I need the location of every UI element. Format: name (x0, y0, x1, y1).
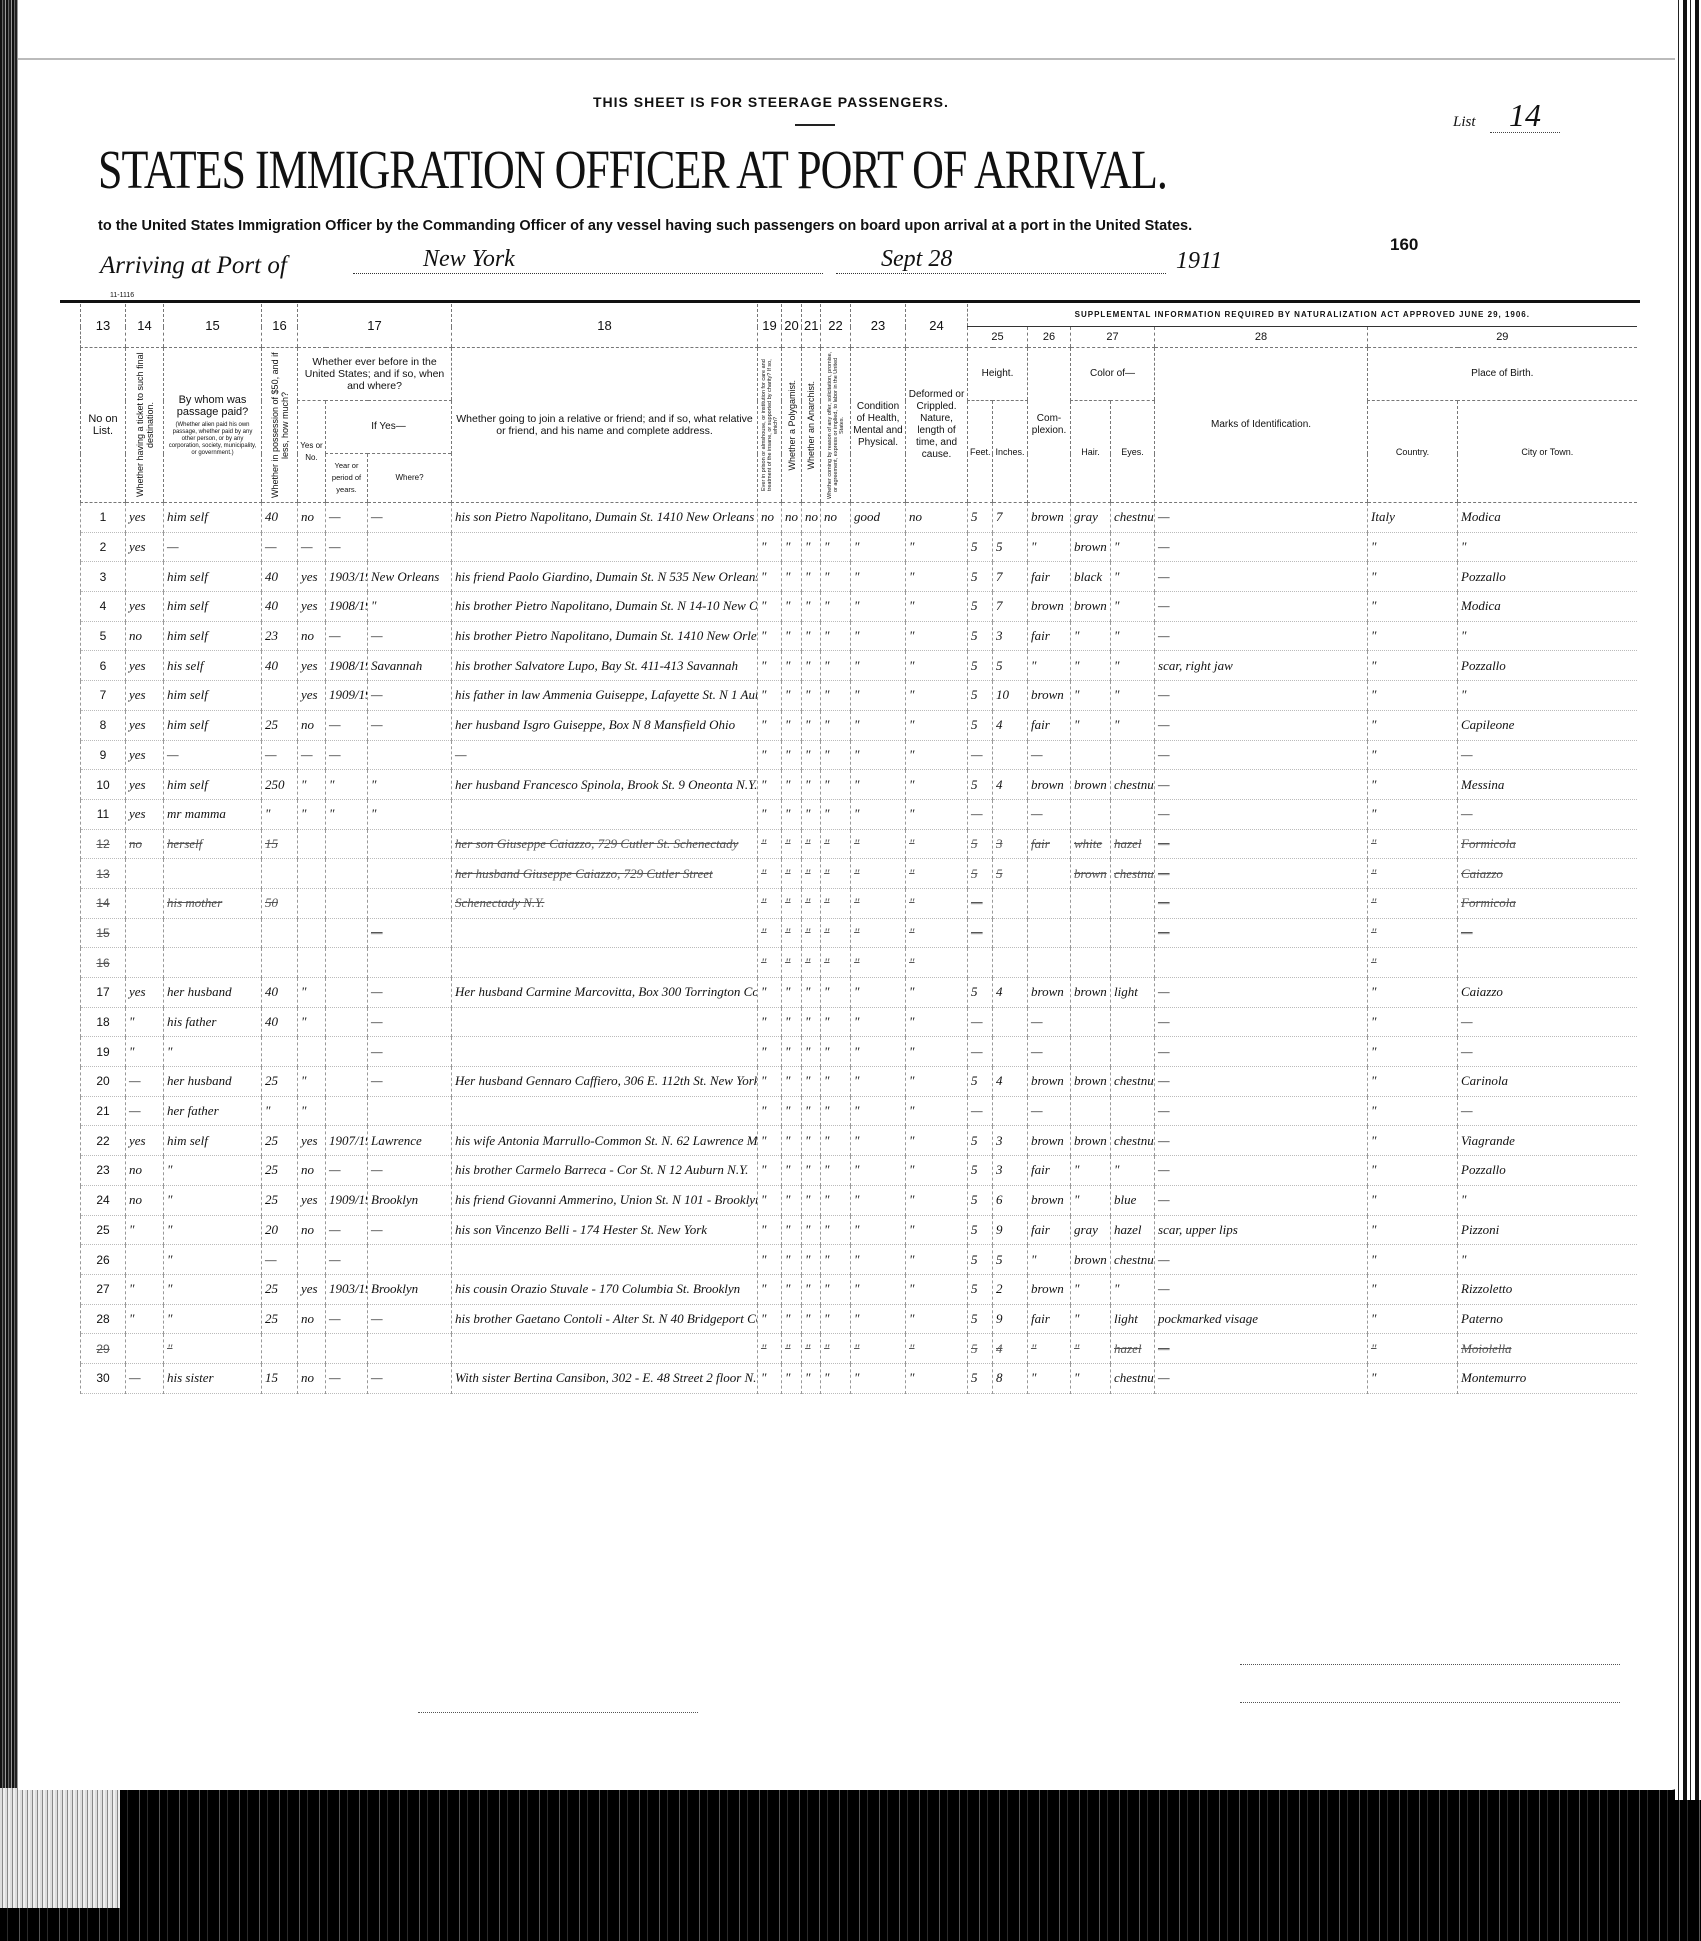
table-row: 21—her father""""""""———"— (81, 1096, 1637, 1126)
hair-color-cell: brown (1071, 770, 1111, 800)
health-cell: " (851, 532, 906, 562)
deformed-cell: " (906, 1304, 968, 1334)
passage-paid-cell: — (164, 740, 262, 770)
health-cell: " (851, 1007, 906, 1037)
before-us-cell: " (298, 799, 326, 829)
header-rule (60, 300, 1640, 303)
marks-cell: — (1155, 1363, 1368, 1393)
prison-cell: " (758, 592, 782, 622)
labor-cell: " (821, 740, 851, 770)
year-cell: 1903/1911 (326, 562, 368, 592)
col-height: Height. (968, 348, 1028, 401)
ticket-cell: yes (126, 532, 164, 562)
height-feet-cell: — (968, 1096, 993, 1126)
height-inches-cell: 10 (993, 681, 1028, 711)
ticket-cell: " (126, 1215, 164, 1245)
money-cell: 40 (262, 1007, 298, 1037)
health-cell: " (851, 710, 906, 740)
height-feet-cell: 5 (968, 1126, 993, 1156)
height-feet-cell: 5 (968, 770, 993, 800)
health-cell: " (851, 1363, 906, 1393)
before-us-cell: no (298, 621, 326, 651)
col-no-on-list: No on List. (81, 348, 126, 503)
prison-cell: " (758, 918, 782, 948)
year-cell: — (326, 532, 368, 562)
where-cell: — (368, 681, 452, 711)
labor-cell: " (821, 948, 851, 978)
year-cell: 1908/1911 (326, 651, 368, 681)
year-cell (326, 918, 368, 948)
ticket-cell (126, 1245, 164, 1275)
health-cell: " (851, 1274, 906, 1304)
col-where: Where? (368, 454, 452, 503)
year-cell: 1907/1911 (326, 1126, 368, 1156)
where-cell: — (368, 1363, 452, 1393)
money-cell: " (262, 799, 298, 829)
money-cell: 40 (262, 592, 298, 622)
ticket-cell: yes (126, 651, 164, 681)
table-row: 1yeshim self40no——his son Pietro Napolit… (81, 503, 1637, 533)
complexion-cell: brown (1028, 592, 1071, 622)
table-row: 27""25yes1903/1907Brooklynhis cousin Ora… (81, 1274, 1637, 1304)
hair-color-cell: " (1071, 1185, 1111, 1215)
money-cell: 23 (262, 621, 298, 651)
col-ticket-label: Whether having a ticket to such final de… (135, 350, 155, 500)
row-number: 23 (81, 1156, 126, 1186)
polygamist-cell: " (782, 710, 802, 740)
marks-cell: — (1155, 681, 1368, 711)
row-number: 2 (81, 532, 126, 562)
col-anarchist-label: Whether an Anarchist. (806, 381, 816, 470)
complexion-cell: fair (1028, 1215, 1071, 1245)
eye-color-cell: chestnut (1111, 1363, 1155, 1393)
complexion-cell (1028, 948, 1071, 978)
complexion-cell: " (1028, 532, 1071, 562)
row-number: 14 (81, 888, 126, 918)
prison-cell: " (758, 1156, 782, 1186)
passage-paid-cell (164, 859, 262, 889)
hair-color-cell: " (1071, 1156, 1111, 1186)
row-number: 13 (81, 859, 126, 889)
table-row: 29"""""""54""hazel—"Moiolella (81, 1334, 1637, 1364)
labor-cell: " (821, 1096, 851, 1126)
marks-cell: — (1155, 1334, 1368, 1364)
health-cell: " (851, 1334, 906, 1364)
health-cell: " (851, 621, 906, 651)
joining-cell: Her husband Gennaro Caffiero, 306 E. 112… (452, 1067, 758, 1097)
table-row: 7yeshim selfyes1909/1911—his father in l… (81, 681, 1637, 711)
passage-paid-cell: him self (164, 592, 262, 622)
year-cell (326, 888, 368, 918)
prison-cell: " (758, 1334, 782, 1364)
eye-color-cell (1111, 948, 1155, 978)
ticket-cell: " (126, 1304, 164, 1334)
city-cell: — (1458, 740, 1637, 770)
prison-cell: " (758, 651, 782, 681)
polygamist-cell: " (782, 651, 802, 681)
height-feet-cell: 5 (968, 592, 993, 622)
col-feet: Feet. (968, 401, 993, 503)
prison-cell: " (758, 681, 782, 711)
where-cell: — (368, 1156, 452, 1186)
health-cell: " (851, 1304, 906, 1334)
anarchist-cell: " (802, 829, 821, 859)
year-cell (326, 978, 368, 1008)
complexion-cell: fair (1028, 829, 1071, 859)
list-label: List (1453, 114, 1476, 131)
anarchist-cell: " (802, 859, 821, 889)
year-cell (326, 1334, 368, 1364)
country-cell: " (1368, 681, 1458, 711)
year-cell: — (326, 710, 368, 740)
hair-color-cell: brown (1071, 1245, 1111, 1275)
height-inches-cell: 3 (993, 1126, 1028, 1156)
before-us-cell: no (298, 1304, 326, 1334)
money-cell: 15 (262, 1363, 298, 1393)
anarchist-cell: " (802, 621, 821, 651)
where-cell: " (368, 799, 452, 829)
height-inches-cell: 2 (993, 1274, 1028, 1304)
health-cell: " (851, 1037, 906, 1067)
hair-color-cell (1071, 1037, 1111, 1067)
health-cell: " (851, 1067, 906, 1097)
labor-cell: " (821, 592, 851, 622)
table-row: 16""""""" (81, 948, 1637, 978)
joining-cell: her husband Isgro Guiseppe, Box N 8 Mans… (452, 710, 758, 740)
prison-cell: no (758, 503, 782, 533)
anarchist-cell: " (802, 532, 821, 562)
money-cell: 50 (262, 888, 298, 918)
before-us-cell (298, 918, 326, 948)
city-cell: " (1458, 532, 1637, 562)
table-row: 3him self40yes1903/1911New Orleanshis fr… (81, 562, 1637, 592)
health-cell: " (851, 948, 906, 978)
prison-cell: " (758, 740, 782, 770)
joining-cell (452, 1334, 758, 1364)
marks-cell: — (1155, 532, 1368, 562)
passage-paid-cell: her husband (164, 978, 262, 1008)
deformed-cell: " (906, 1334, 968, 1364)
passage-paid-cell: her husband (164, 1067, 262, 1097)
hair-color-cell: " (1071, 1334, 1111, 1364)
marks-cell: — (1155, 859, 1368, 889)
deformed-cell: no (906, 503, 968, 533)
money-cell (262, 948, 298, 978)
col-joining: Whether going to join a relative or frie… (452, 348, 758, 503)
height-inches-cell: 5 (993, 532, 1028, 562)
anarchist-cell: " (802, 710, 821, 740)
year-cell: 1908/1911 (326, 592, 368, 622)
scan-edge-corner (0, 1788, 120, 1908)
money-cell: 25 (262, 1067, 298, 1097)
deformed-cell: " (906, 562, 968, 592)
polygamist-cell: " (782, 1185, 802, 1215)
passage-paid-cell: her father (164, 1096, 262, 1126)
labor-cell: " (821, 770, 851, 800)
col-country: Country. (1368, 401, 1458, 503)
height-inches-cell: 4 (993, 978, 1028, 1008)
year-cell: " (326, 799, 368, 829)
where-cell: Brooklyn (368, 1274, 452, 1304)
passage-paid-cell: his father (164, 1007, 262, 1037)
country-cell: " (1368, 918, 1458, 948)
country-cell: " (1368, 1304, 1458, 1334)
col-num-23: 23 (851, 304, 906, 348)
before-us-cell: no (298, 1215, 326, 1245)
table-row: 23no"25no——his brother Carmelo Barreca -… (81, 1156, 1637, 1186)
health-cell: good (851, 503, 906, 533)
city-cell: Pozzallo (1458, 651, 1637, 681)
money-cell: 25 (262, 1304, 298, 1334)
health-cell: " (851, 1096, 906, 1126)
deformed-cell: " (906, 1215, 968, 1245)
deformed-cell: " (906, 948, 968, 978)
anarchist-cell: " (802, 681, 821, 711)
eye-color-cell (1111, 1007, 1155, 1037)
country-cell: Italy (1368, 503, 1458, 533)
table-row: 17yesher husband40"—Her husband Carmine … (81, 978, 1637, 1008)
joining-cell: his cousin Orazio Stuvale - 170 Columbia… (452, 1274, 758, 1304)
table-row: 25""20no——his son Vincenzo Belli - 174 H… (81, 1215, 1637, 1245)
eye-color-cell: " (1111, 651, 1155, 681)
height-inches-cell: 4 (993, 1334, 1028, 1364)
joining-cell: — (452, 740, 758, 770)
passage-paid-cell: " (164, 1274, 262, 1304)
eye-color-cell: " (1111, 710, 1155, 740)
passage-paid-cell: " (164, 1215, 262, 1245)
col-complexion: Com-plexion. (1028, 348, 1071, 503)
joining-cell: With sister Bertina Cansibon, 302 - E. 4… (452, 1363, 758, 1393)
col-city: City or Town. (1458, 401, 1637, 503)
hair-color-cell: " (1071, 1363, 1111, 1393)
anarchist-cell: " (802, 562, 821, 592)
polygamist-cell: " (782, 592, 802, 622)
city-cell: — (1458, 1007, 1637, 1037)
prison-cell: " (758, 978, 782, 1008)
anarchist-cell: " (802, 1185, 821, 1215)
stamp-number: 160 (1390, 235, 1418, 255)
height-feet-cell: 5 (968, 710, 993, 740)
eye-color-cell: light (1111, 1304, 1155, 1334)
before-us-cell: no (298, 710, 326, 740)
ticket-cell: — (126, 1363, 164, 1393)
height-feet-cell: 5 (968, 1156, 993, 1186)
year-cell: — (326, 621, 368, 651)
table-row: 5nohim self23no——his brother Pietro Napo… (81, 621, 1637, 651)
complexion-cell: brown (1028, 503, 1071, 533)
col-passage-label: By whom was passage paid? (166, 394, 259, 418)
anarchist-cell: " (802, 1007, 821, 1037)
deformed-cell: " (906, 829, 968, 859)
row-number: 17 (81, 978, 126, 1008)
deformed-cell: " (906, 592, 968, 622)
marks-cell: — (1155, 770, 1368, 800)
money-cell: 25 (262, 1156, 298, 1186)
complexion-cell (1028, 918, 1071, 948)
complexion-cell: — (1028, 1007, 1071, 1037)
hair-color-cell: brown (1071, 1126, 1111, 1156)
row-number: 3 (81, 562, 126, 592)
height-inches-cell (993, 918, 1028, 948)
country-cell: " (1368, 1274, 1458, 1304)
col-inches: Inches. (993, 401, 1028, 503)
labor-cell: " (821, 1304, 851, 1334)
money-cell: 250 (262, 770, 298, 800)
complexion-cell: fair (1028, 562, 1071, 592)
city-cell: Rizzoletto (1458, 1274, 1637, 1304)
health-cell: " (851, 829, 906, 859)
polygamist-cell: " (782, 888, 802, 918)
labor-cell: " (821, 799, 851, 829)
height-inches-cell: 7 (993, 592, 1028, 622)
marks-cell: — (1155, 1067, 1368, 1097)
city-cell: Pizzoni (1458, 1215, 1637, 1245)
before-us-cell: yes (298, 651, 326, 681)
hair-color-cell: brown (1071, 592, 1111, 622)
height-inches-cell (993, 948, 1028, 978)
table-row: 24no"25yes1909/1911Brooklynhis friend Gi… (81, 1185, 1637, 1215)
money-cell: 40 (262, 651, 298, 681)
prison-cell: " (758, 829, 782, 859)
col-money: Whether in possession of $50, and if les… (262, 348, 298, 503)
country-cell: " (1368, 1007, 1458, 1037)
deformed-cell: " (906, 1067, 968, 1097)
money-cell (262, 681, 298, 711)
money-cell (262, 859, 298, 889)
health-cell: " (851, 740, 906, 770)
col-before-us: Whether ever before in the United States… (298, 348, 452, 401)
height-feet-cell: 5 (968, 651, 993, 681)
row-number: 26 (81, 1245, 126, 1275)
footer-rule (418, 1712, 698, 1713)
height-inches-cell: 9 (993, 1215, 1028, 1245)
eye-color-cell: hazel (1111, 829, 1155, 859)
marks-cell: — (1155, 562, 1368, 592)
hair-color-cell: " (1071, 710, 1111, 740)
col-labor: Whether coming by reason of any offer, s… (821, 348, 851, 503)
anarchist-cell: " (802, 1363, 821, 1393)
where-cell (368, 888, 452, 918)
polygamist-cell: " (782, 621, 802, 651)
table-row: 28""25no——his brother Gaetano Contoli - … (81, 1304, 1637, 1334)
col-num-19: 19 (758, 304, 782, 348)
eye-color-cell (1111, 799, 1155, 829)
steerage-notice: THIS SHEET IS FOR STEERAGE PASSENGERS. (593, 94, 949, 110)
prison-cell: " (758, 1215, 782, 1245)
table-row: 6yeshis self40yes1908/1911Savannahhis br… (81, 651, 1637, 681)
row-number: 5 (81, 621, 126, 651)
money-cell: 40 (262, 978, 298, 1008)
year-cell: — (326, 1156, 368, 1186)
where-cell: New Orleans (368, 562, 452, 592)
hair-color-cell (1071, 799, 1111, 829)
eye-color-cell: chestnut (1111, 503, 1155, 533)
anarchist-cell: " (802, 978, 821, 1008)
table-row: 18"his father40"—""""""———"— (81, 1007, 1637, 1037)
passage-paid-cell: him self (164, 503, 262, 533)
hair-color-cell: white (1071, 829, 1111, 859)
col-num-27: 27 (1071, 327, 1155, 348)
complexion-cell: " (1028, 651, 1071, 681)
deformed-cell: " (906, 1037, 968, 1067)
anarchist-cell: " (802, 1037, 821, 1067)
complexion-cell: brown (1028, 978, 1071, 1008)
health-cell: " (851, 651, 906, 681)
row-number: 25 (81, 1215, 126, 1245)
complexion-cell: " (1028, 1363, 1071, 1393)
labor-cell: " (821, 978, 851, 1008)
city-cell: — (1458, 1037, 1637, 1067)
height-inches-cell: 4 (993, 770, 1028, 800)
passage-paid-cell: herself (164, 829, 262, 859)
marks-cell: — (1155, 1245, 1368, 1275)
health-cell: " (851, 799, 906, 829)
ticket-cell (126, 888, 164, 918)
joining-cell: his brother Pietro Napolitano, Dumain St… (452, 621, 758, 651)
complexion-cell: fair (1028, 710, 1071, 740)
anarchist-cell: " (802, 1126, 821, 1156)
eye-color-cell: " (1111, 1274, 1155, 1304)
eye-color-cell: " (1111, 562, 1155, 592)
height-inches-cell: 6 (993, 1185, 1028, 1215)
complexion-cell: fair (1028, 621, 1071, 651)
height-feet-cell: 5 (968, 1334, 993, 1364)
col-marks: Marks of Identification. (1155, 348, 1368, 503)
row-number: 10 (81, 770, 126, 800)
passage-paid-cell: him self (164, 621, 262, 651)
eye-color-cell: hazel (1111, 1215, 1155, 1245)
ticket-cell: yes (126, 740, 164, 770)
eye-color-cell (1111, 888, 1155, 918)
money-cell: — (262, 532, 298, 562)
country-cell: " (1368, 740, 1458, 770)
money-cell: " (262, 1096, 298, 1126)
height-inches-cell: 4 (993, 710, 1028, 740)
prison-cell: " (758, 799, 782, 829)
passage-paid-cell: his sister (164, 1363, 262, 1393)
where-cell (368, 948, 452, 978)
height-feet-cell: — (968, 1037, 993, 1067)
ticket-cell: yes (126, 978, 164, 1008)
hair-color-cell: brown (1071, 532, 1111, 562)
joining-cell (452, 532, 758, 562)
height-inches-cell: 3 (993, 829, 1028, 859)
ticket-cell: " (126, 1037, 164, 1067)
polygamist-cell: " (782, 1156, 802, 1186)
col-labor-label: Whether coming by reason of any offer, s… (827, 350, 845, 500)
ticket-cell: no (126, 1185, 164, 1215)
row-number: 6 (81, 651, 126, 681)
prison-cell: " (758, 1245, 782, 1275)
scan-edge-bottom (0, 1788, 1701, 1941)
joining-cell: his friend Paolo Giardino, Dumain St. N … (452, 562, 758, 592)
country-cell: " (1368, 621, 1458, 651)
before-us-cell: " (298, 978, 326, 1008)
where-cell (368, 532, 452, 562)
row-number: 9 (81, 740, 126, 770)
country-cell: " (1368, 562, 1458, 592)
col-num-18: 18 (452, 304, 758, 348)
deformed-cell: " (906, 1126, 968, 1156)
year-cell (326, 1096, 368, 1126)
year-cell: — (326, 740, 368, 770)
deformed-cell: " (906, 918, 968, 948)
passage-paid-cell: — (164, 532, 262, 562)
city-cell: Caiazzo (1458, 978, 1637, 1008)
where-cell (368, 859, 452, 889)
table-row: 14his mother50Schenectady N.Y.""""""——"F… (81, 888, 1637, 918)
labor-cell: " (821, 562, 851, 592)
